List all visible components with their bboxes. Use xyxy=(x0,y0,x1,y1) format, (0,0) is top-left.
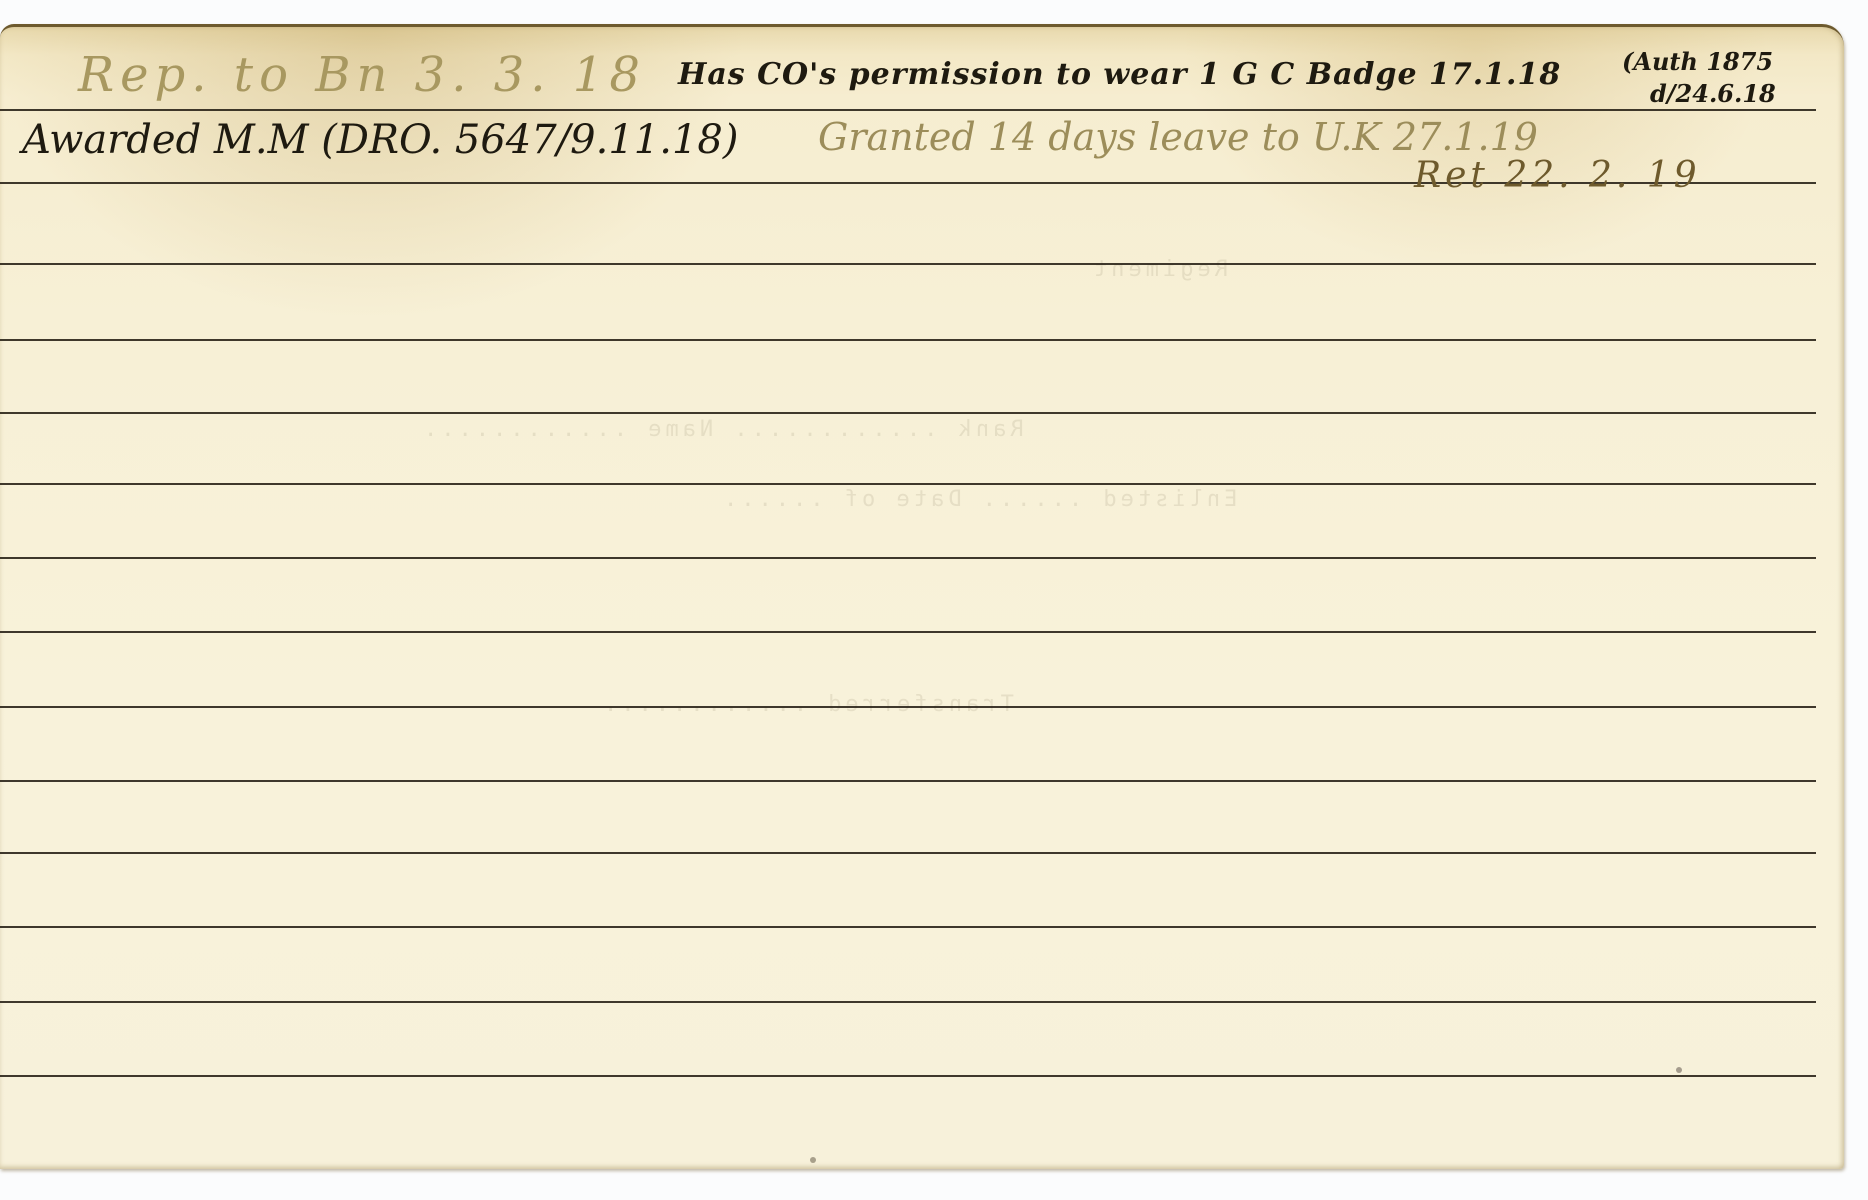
rule-line xyxy=(0,780,1816,782)
rule-line xyxy=(0,706,1816,708)
rule-line xyxy=(0,1075,1816,1077)
showthrough-text: Regiment xyxy=(1090,257,1228,282)
rule-line xyxy=(0,109,1816,111)
rule-line xyxy=(0,1001,1816,1003)
rule-line xyxy=(0,926,1816,928)
showthrough-text: Enlisted ...... Date of ...... xyxy=(720,487,1237,512)
entry-bracket-note-1: (Auth 1875 xyxy=(1622,47,1773,76)
record-card: Regiment Rank ............ Name ........… xyxy=(0,24,1844,1169)
entry-bracket-note-2: d/24.6.18 xyxy=(1650,79,1776,108)
entry-rep-to-bn: Rep. to Bn 3. 3. 18 xyxy=(78,47,646,103)
rule-line xyxy=(0,852,1816,854)
entry-co-permission: Has CO's permission to wear 1 G C Badge … xyxy=(678,57,1561,92)
paper-speck xyxy=(1676,1067,1682,1073)
entry-granted-leave: Granted 14 days leave to U.K 27.1.19 xyxy=(818,115,1538,159)
rule-line xyxy=(0,483,1816,485)
entry-rejoined: Ret 22. 2. 19 xyxy=(1414,155,1701,196)
entry-awarded-mm: Awarded M.M (DRO. 5647/9.11.18) xyxy=(22,117,738,163)
rule-line xyxy=(0,412,1816,414)
showthrough-text: Transferred ............ xyxy=(600,692,1014,717)
rule-line xyxy=(0,263,1816,265)
paper-speck xyxy=(810,1157,816,1163)
showthrough-text: Rank ............ Name ............ xyxy=(420,417,1024,442)
rule-line xyxy=(0,339,1816,341)
rule-line xyxy=(0,631,1816,633)
rule-line xyxy=(0,557,1816,559)
